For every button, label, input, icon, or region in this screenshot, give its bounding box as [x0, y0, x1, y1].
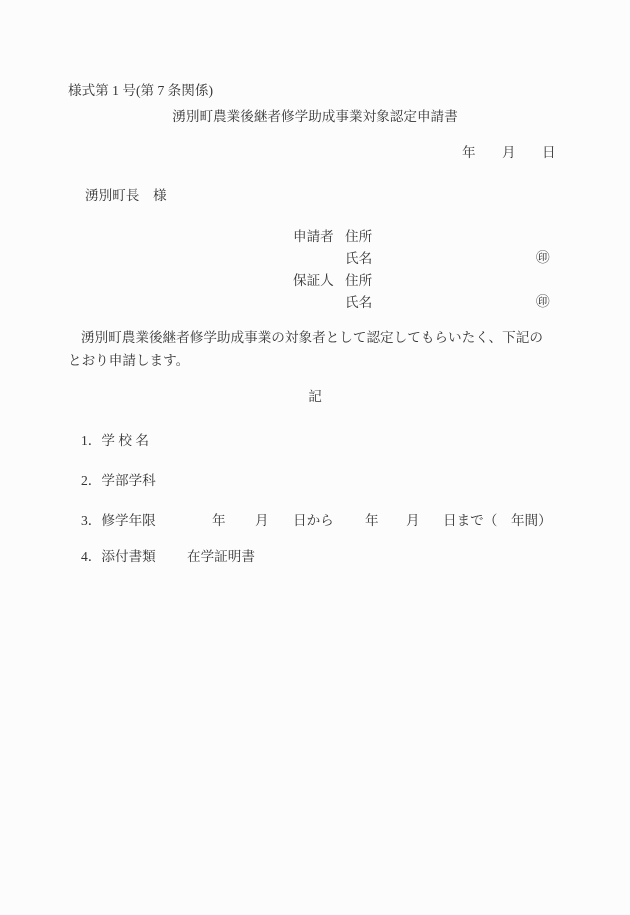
study-period-to-day-label: 日まで（ 年間）: [443, 513, 552, 530]
study-period-to-month-label: 月: [406, 513, 420, 530]
study-period-from-year-label: 年: [212, 513, 226, 530]
date-month-label: 月: [502, 145, 516, 162]
date-day-label: 日: [542, 145, 556, 162]
item-school-name: 1．学 校 名: [81, 433, 149, 450]
attachments-label: 4．添付書類: [81, 549, 156, 566]
applicant-seal-icon: ㊞: [536, 250, 550, 267]
applicant-address-label: 住所: [345, 229, 372, 246]
guarantor-seal-icon: ㊞: [536, 294, 550, 311]
study-period-from-month-label: 月: [255, 513, 269, 530]
study-period-label: 3．修学年限: [81, 513, 156, 530]
record-heading: 記: [0, 389, 630, 406]
study-period-to-year-label: 年: [365, 513, 379, 530]
application-form-page: 様式第 1 号(第 7 条関係) 湧別町農業後継者修学助成事業対象認定申請書 年…: [0, 0, 630, 915]
guarantor-role-label: 保証人: [293, 273, 334, 290]
attachments-value: 在学証明書: [187, 549, 255, 566]
guarantor-address-label: 住所: [345, 273, 372, 290]
form-number: 様式第 1 号(第 7 条関係): [68, 83, 213, 100]
addressee: 湧別町長 様: [85, 188, 167, 205]
body-paragraph-line1: 湧別町農業後継者修学助成事業の対象者として認定してもらいたく、下記の: [81, 330, 543, 347]
guarantor-name-label: 氏名: [345, 295, 372, 312]
body-paragraph-line2: とおり申請します。: [68, 353, 189, 370]
study-period-from-day-label: 日から: [293, 513, 334, 530]
item-department: 2．学部学科: [81, 473, 156, 490]
applicant-role-label: 申請者: [293, 229, 334, 246]
document-title: 湧別町農業後継者修学助成事業対象認定申請書: [0, 109, 630, 126]
date-year-label: 年: [462, 145, 476, 162]
applicant-name-label: 氏名: [345, 251, 372, 268]
